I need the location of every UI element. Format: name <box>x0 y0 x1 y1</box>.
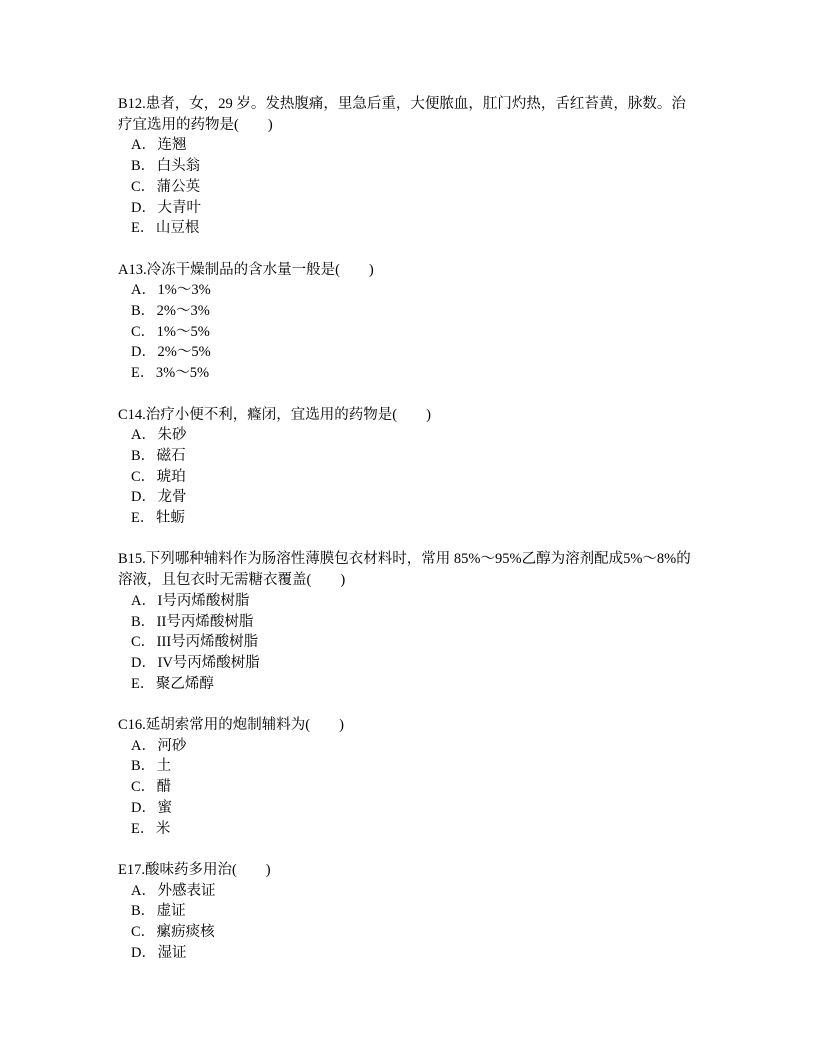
option-text: 湿证 <box>157 945 186 961</box>
question-b15: B15.下列哪种辅料作为肠溶性薄膜包衣材料时，常用 85%～95%乙醇为溶剂配成… <box>118 549 698 694</box>
question-e17: E17.酸味药多用治( ) A．外感表证 B．虚证 C．瘰疬痰核 D．湿证 <box>118 860 698 964</box>
option-text: 3%～5% <box>156 365 209 381</box>
option-text: 蒲公英 <box>157 179 201 195</box>
option-text: 琥珀 <box>157 469 186 485</box>
question-stem: C16.延胡索常用的炮制辅料为( ) <box>118 715 698 736</box>
option-a: A．河砂 <box>118 736 698 757</box>
option-d: D．IV号丙烯酸树脂 <box>118 653 698 674</box>
option-text: 聚乙烯醇 <box>156 676 214 692</box>
option-d: D．2%～5% <box>118 342 698 363</box>
option-e: E．牡蛎 <box>118 508 698 529</box>
option-a: A．外感表证 <box>118 881 698 902</box>
option-c: C．琥珀 <box>118 467 698 488</box>
option-text: 虚证 <box>157 903 186 919</box>
option-list: A．I号丙烯酸树脂 B．II号丙烯酸树脂 C．III号丙烯酸树脂 D．IV号丙烯… <box>118 591 698 695</box>
option-list: A．1%～3% B．2%～3% C．1%～5% D．2%～5% E．3%～5% <box>118 280 698 384</box>
option-text: 河砂 <box>157 738 186 754</box>
option-c: C．醋 <box>118 777 698 798</box>
option-text: 1%～3% <box>157 282 210 298</box>
option-text: 山豆根 <box>156 220 200 236</box>
question-a13: A13.冷冻干燥制品的含水量一般是( ) A．1%～3% B．2%～3% C．1… <box>118 260 698 384</box>
option-d: D．龙骨 <box>118 487 698 508</box>
option-b: B．土 <box>118 756 698 777</box>
option-b: B．白头翁 <box>118 156 698 177</box>
option-text: 醋 <box>157 779 172 795</box>
option-d: D．湿证 <box>118 943 698 964</box>
option-c: C．III号丙烯酸树脂 <box>118 632 698 653</box>
option-text: 白头翁 <box>157 158 201 174</box>
option-a: A．朱砂 <box>118 425 698 446</box>
question-stem: E17.酸味药多用治( ) <box>118 860 698 881</box>
option-d: D．蜜 <box>118 798 698 819</box>
option-e: E．聚乙烯醇 <box>118 674 698 695</box>
question-stem: A13.冷冻干燥制品的含水量一般是( ) <box>118 260 698 281</box>
option-text: 蜜 <box>157 800 172 816</box>
option-text: 磁石 <box>157 448 186 464</box>
question-stem: B15.下列哪种辅料作为肠溶性薄膜包衣材料时，常用 85%～95%乙醇为溶剂配成… <box>118 549 698 590</box>
option-text: IV号丙烯酸树脂 <box>157 655 259 671</box>
option-text: 2%～5% <box>157 344 210 360</box>
option-c: C．瘰疬痰核 <box>118 922 698 943</box>
option-c: C．蒲公英 <box>118 177 698 198</box>
option-list: A．朱砂 B．磁石 C．琥珀 D．龙骨 E．牡蛎 <box>118 425 698 529</box>
option-b: B．2%～3% <box>118 301 698 322</box>
option-text: I号丙烯酸树脂 <box>157 593 249 609</box>
option-b: B．II号丙烯酸树脂 <box>118 612 698 633</box>
question-stem: C14.治疗小便不利，癃闭，宜选用的药物是( ) <box>118 405 698 426</box>
option-text: 2%～3% <box>157 303 210 319</box>
option-text: 米 <box>156 821 171 837</box>
option-e: E．米 <box>118 819 698 840</box>
option-a: A．I号丙烯酸树脂 <box>118 591 698 612</box>
option-text: 1%～5% <box>157 324 210 340</box>
option-text: 龙骨 <box>157 489 186 505</box>
option-b: B．虚证 <box>118 901 698 922</box>
option-e: E．山豆根 <box>118 218 698 239</box>
option-d: D．大青叶 <box>118 198 698 219</box>
question-stem: B12.患者，女，29 岁。发热腹痛，里急后重，大便脓血，肛门灼热，舌红苔黄，脉… <box>118 94 698 135</box>
option-text: 大青叶 <box>157 200 201 216</box>
document-page: B12.患者，女，29 岁。发热腹痛，里急后重，大便脓血，肛门灼热，舌红苔黄，脉… <box>118 94 698 984</box>
option-c: C．1%～5% <box>118 322 698 343</box>
option-text: 外感表证 <box>157 883 215 899</box>
option-text: 牡蛎 <box>156 510 185 526</box>
option-list: A．外感表证 B．虚证 C．瘰疬痰核 D．湿证 <box>118 881 698 964</box>
question-b12: B12.患者，女，29 岁。发热腹痛，里急后重，大便脓血，肛门灼热，舌红苔黄，脉… <box>118 94 698 239</box>
option-text: 连翘 <box>157 137 186 153</box>
option-text: II号丙烯酸树脂 <box>157 614 254 630</box>
option-a: A．1%～3% <box>118 280 698 301</box>
option-e: E．3%～5% <box>118 363 698 384</box>
option-list: A．河砂 B．土 C．醋 D．蜜 E．米 <box>118 736 698 840</box>
option-text: III号丙烯酸树脂 <box>157 634 259 650</box>
option-text: 土 <box>157 758 172 774</box>
option-text: 瘰疬痰核 <box>157 924 215 940</box>
question-c16: C16.延胡索常用的炮制辅料为( ) A．河砂 B．土 C．醋 D．蜜 E．米 <box>118 715 698 839</box>
question-c14: C14.治疗小便不利，癃闭，宜选用的药物是( ) A．朱砂 B．磁石 C．琥珀 … <box>118 405 698 529</box>
option-a: A．连翘 <box>118 135 698 156</box>
option-b: B．磁石 <box>118 446 698 467</box>
option-list: A．连翘 B．白头翁 C．蒲公英 D．大青叶 E．山豆根 <box>118 135 698 239</box>
option-text: 朱砂 <box>157 427 186 443</box>
